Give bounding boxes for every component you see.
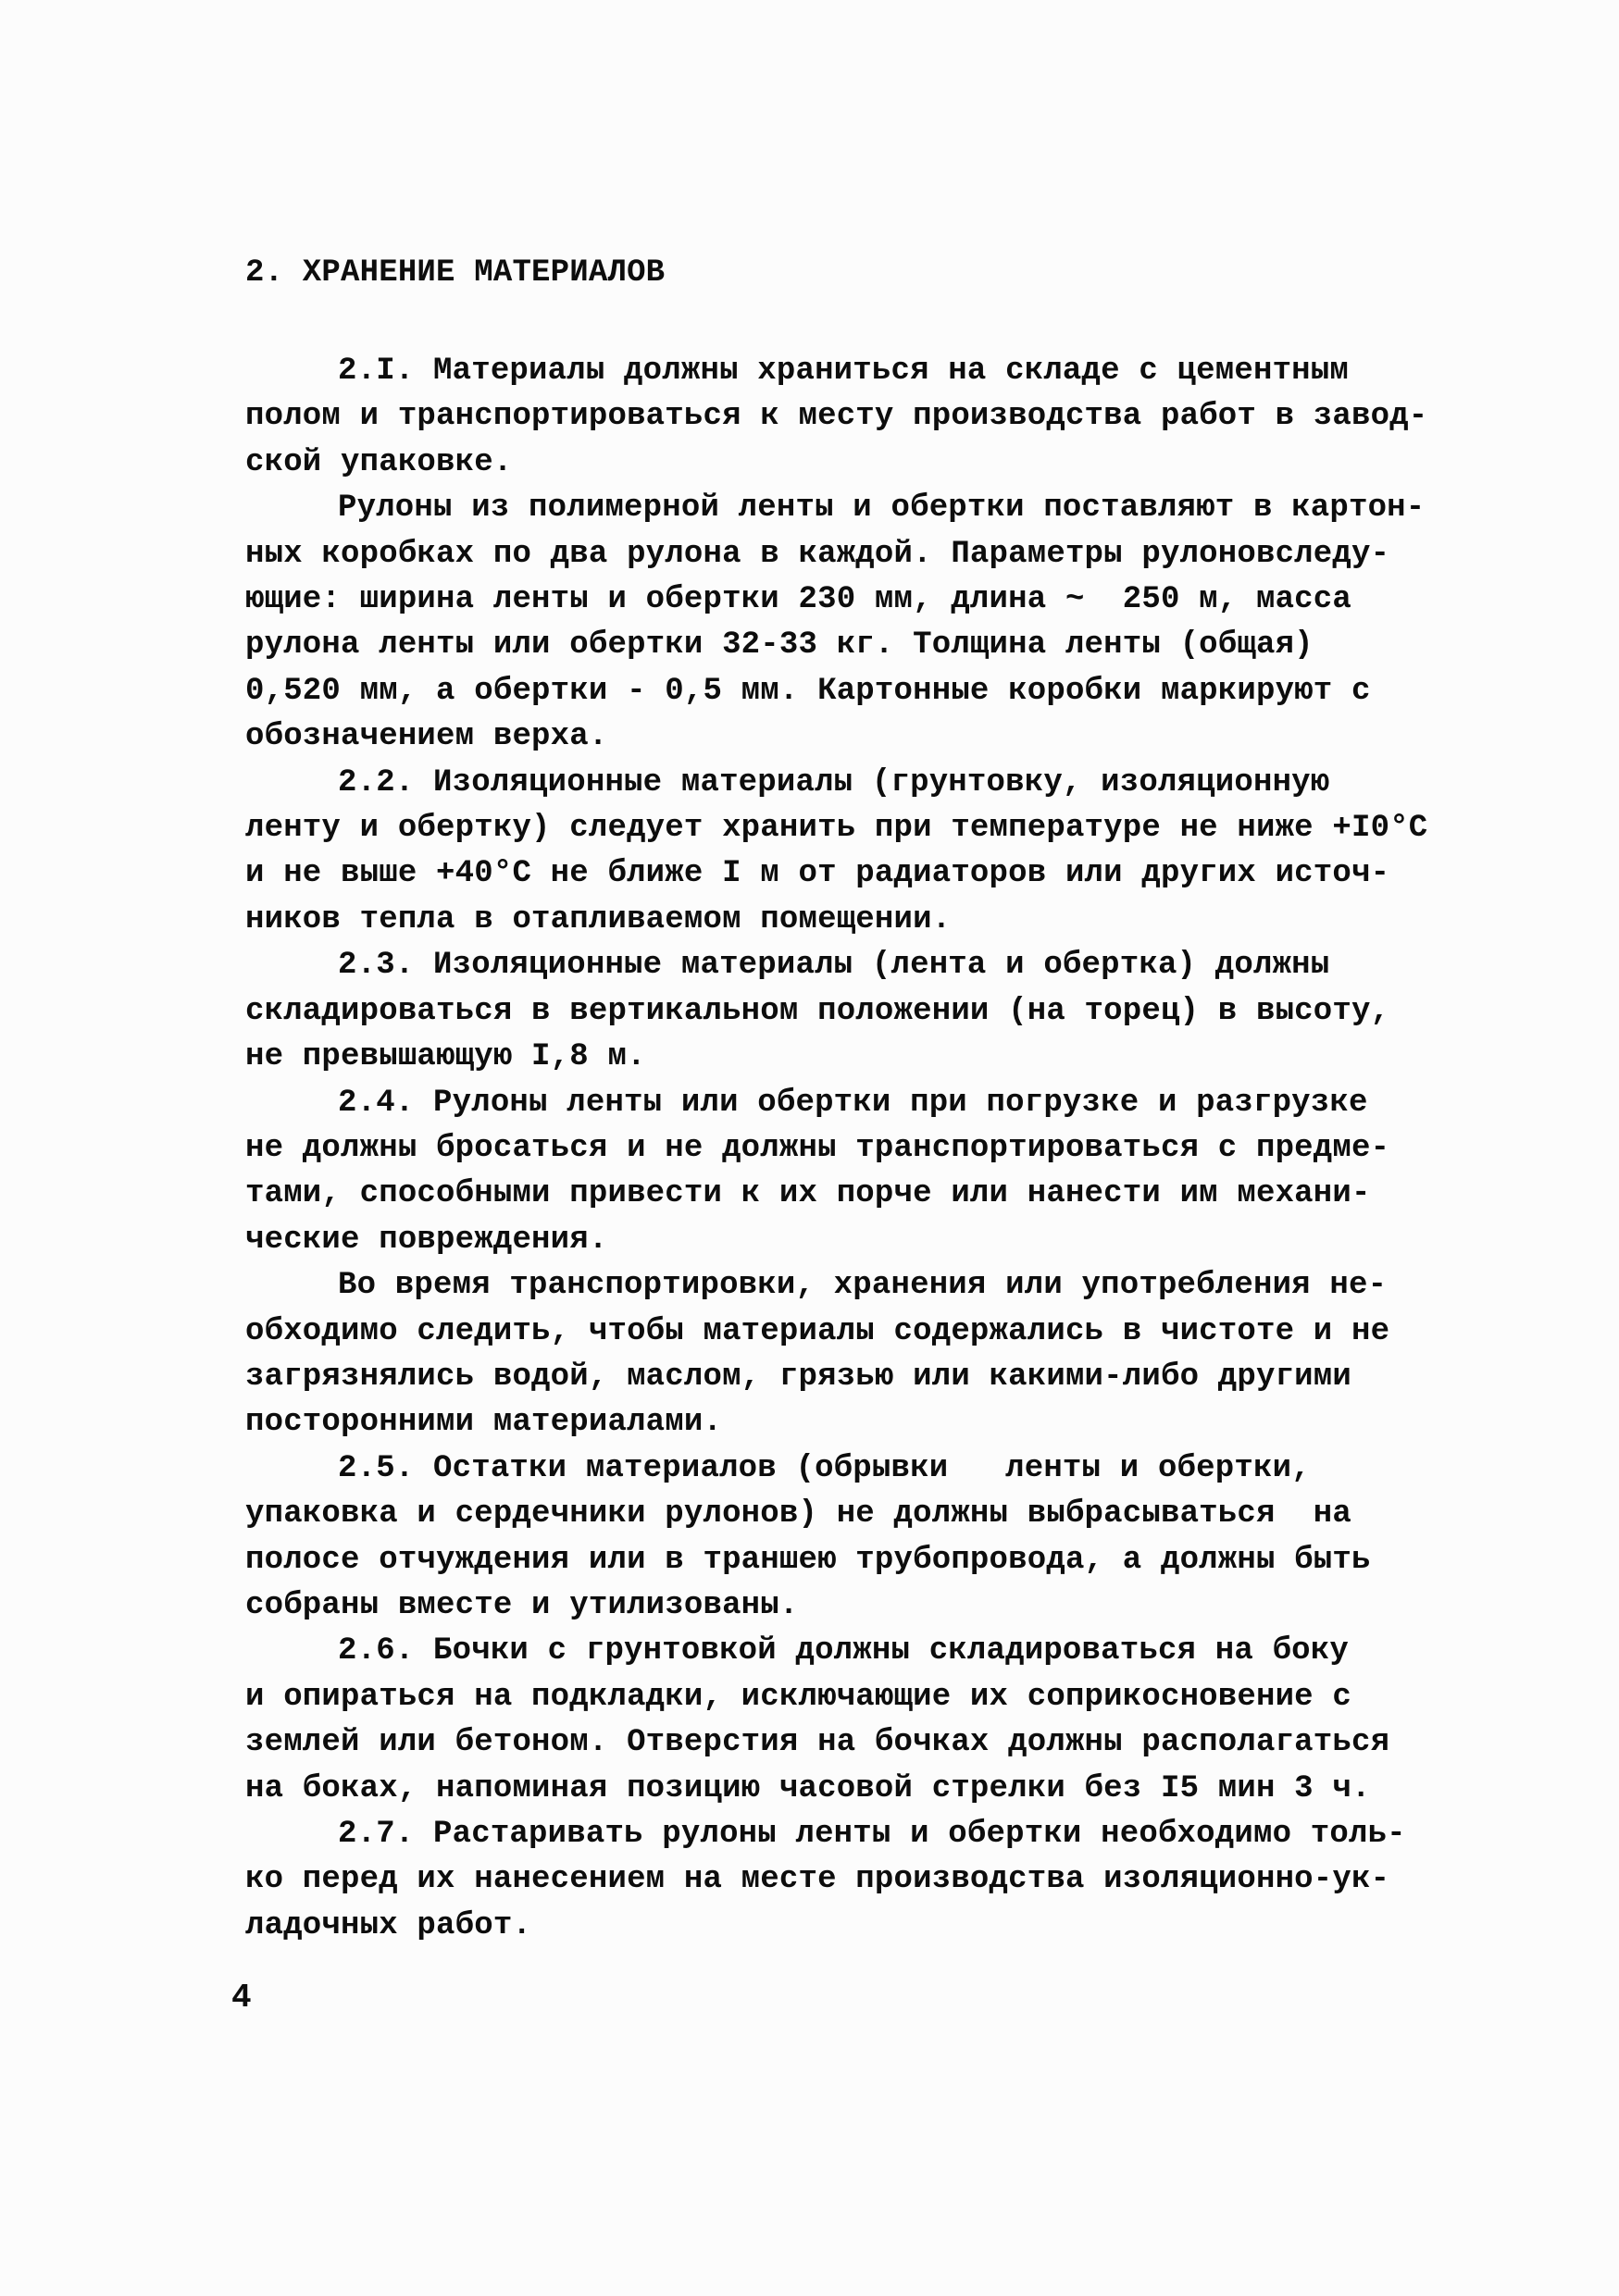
- document-page: 2. ХРАНЕНИЕ МАТЕРИАЛОВ 2.I. Материалы до…: [0, 0, 1619, 2296]
- text-line: полом и транспортироваться к месту произ…: [245, 394, 1578, 440]
- text-line: 2.I. Материалы должны храниться на склад…: [245, 349, 1578, 394]
- text-line: загрязнялись водой, маслом, грязью или к…: [245, 1355, 1578, 1400]
- text-line: ладочных работ.: [245, 1904, 1578, 1949]
- text-line: ющие: ширина ленты и обертки 230 мм, дли…: [245, 577, 1578, 623]
- text-line: и не выше +40°С не ближе I м от радиатор…: [245, 851, 1578, 897]
- text-line: ников тепла в отапливаемом помещении.: [245, 898, 1578, 943]
- text-line: Во время транспортировки, хранения или у…: [245, 1263, 1578, 1309]
- text-line: тами, способными привести к их порче или…: [245, 1172, 1578, 1217]
- text-line: Рулоны из полимерной ленты и обертки пос…: [245, 486, 1578, 531]
- page-number: 4: [231, 1979, 252, 2017]
- text-line: полосе отчуждения или в траншею трубопро…: [245, 1538, 1578, 1583]
- text-line: посторонними материалами.: [245, 1400, 1578, 1446]
- text-line: обозначением верха.: [245, 714, 1578, 760]
- text-line: ко перед их нанесением на месте производ…: [245, 1857, 1578, 1903]
- text-line: упаковка и сердечники рулонов) не должны…: [245, 1492, 1578, 1537]
- text-line: 0,520 мм, а обертки - 0,5 мм. Картонные …: [245, 669, 1578, 714]
- text-line: складироваться в вертикальном положении …: [245, 989, 1578, 1035]
- text-line: ных коробках по два рулона в каждой. Пар…: [245, 532, 1578, 577]
- text-line: землей или бетоном. Отверстия на бочках …: [245, 1720, 1578, 1766]
- text-line: ленту и обертку) следует хранить при тем…: [245, 806, 1578, 851]
- text-line: 2.5. Остатки материалов (обрывки ленты и…: [245, 1446, 1578, 1492]
- text-line: 2.6. Бочки с грунтовкой должны складиров…: [245, 1629, 1578, 1674]
- text-line: 2.4. Рулоны ленты или обертки при погруз…: [245, 1081, 1578, 1126]
- text-line: 2.3. Изоляционные материалы (лента и обе…: [245, 943, 1578, 988]
- text-line: рулона ленты или обертки 32-33 кг. Толщи…: [245, 623, 1578, 668]
- text-line: не превышающую I,8 м.: [245, 1035, 1578, 1080]
- text-line: не должны бросаться и не должны транспор…: [245, 1126, 1578, 1172]
- text-line: 2.2. Изоляционные материалы (грунтовку, …: [245, 761, 1578, 806]
- text-line: собраны вместе и утилизованы.: [245, 1583, 1578, 1629]
- text-line: на боках, напоминая позицию часовой стре…: [245, 1767, 1578, 1812]
- text-line: и опираться на подкладки, исключающие их…: [245, 1675, 1578, 1720]
- text-line: ской упаковке.: [245, 441, 1578, 486]
- text-line: 2.7. Растаривать рулоны ленты и обертки …: [245, 1812, 1578, 1857]
- text-line: ческие повреждения.: [245, 1218, 1578, 1263]
- document-body: 2.I. Материалы должны храниться на склад…: [245, 349, 1578, 1949]
- section-heading: 2. ХРАНЕНИЕ МАТЕРИАЛОВ: [245, 255, 665, 291]
- text-line: обходимо следить, чтобы материалы содерж…: [245, 1309, 1578, 1355]
